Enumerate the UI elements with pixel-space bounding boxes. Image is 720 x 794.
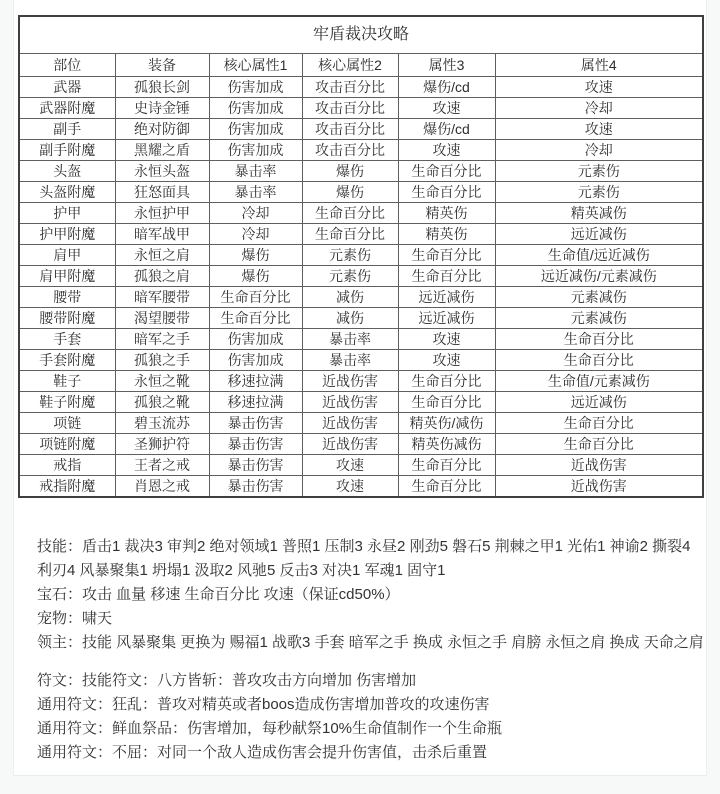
table-cell: 攻速 xyxy=(398,350,495,371)
table-row: 护甲附魔暗军战甲冷却生命百分比精英伤远近减伤 xyxy=(19,224,703,245)
table-header-row: 部位装备核心属性1核心属性2属性3属性4 xyxy=(19,54,703,77)
table-cell: 生命百分比 xyxy=(398,476,495,498)
table-cell: 攻速 xyxy=(495,119,703,140)
table-cell: 精英减伤 xyxy=(495,203,703,224)
note-line: 技能：盾击1 裁决3 审判2 绝对领域1 普照1 压制3 永昼2 刚劲5 磐石5… xyxy=(37,535,706,559)
table-cell: 永恒之靴 xyxy=(115,371,209,392)
table-cell: 爆伤 xyxy=(209,266,302,287)
table-cell: 生命百分比 xyxy=(398,455,495,476)
note-line: 宝石：攻击 血量 移速 生命百分比 攻速（保证cd50%） xyxy=(37,583,706,607)
table-row: 副手附魔黑耀之盾伤害加成攻击百分比攻速冷却 xyxy=(19,140,703,161)
table-row: 鞋子附魔孤狼之靴移速拉满近战伤害生命百分比远近减伤 xyxy=(19,392,703,413)
table-cell: 攻速 xyxy=(398,98,495,119)
note-line: 通用符文：狂乱：普攻对精英或者boos造成伤害增加普攻的攻速伤害 xyxy=(37,693,706,717)
column-header: 核心属性2 xyxy=(302,54,398,77)
table-cell: 生命百分比 xyxy=(302,203,398,224)
note-line: 利刃4 风暴聚集1 坍塌1 汲取2 风驰5 反击3 对决1 军魂1 固守1 xyxy=(37,559,706,583)
table-cell: 生命百分比 xyxy=(209,287,302,308)
table-row: 戒指王者之戒暴击伤害攻速生命百分比近战伤害 xyxy=(19,455,703,476)
table-cell: 护甲 xyxy=(19,203,115,224)
note-line: 宠物：啸天 xyxy=(37,607,706,631)
table-cell: 伤害加成 xyxy=(209,77,302,98)
table-cell: 爆伤/cd xyxy=(398,119,495,140)
table-cell: 生命百分比 xyxy=(398,392,495,413)
table-cell: 暗军腰带 xyxy=(115,287,209,308)
table-cell: 近战伤害 xyxy=(302,434,398,455)
table-row: 头盔永恒头盔暴击率爆伤生命百分比元素伤 xyxy=(19,161,703,182)
table-cell: 暴击伤害 xyxy=(209,455,302,476)
table-row: 头盔附魔狂怒面具暴击率爆伤生命百分比元素伤 xyxy=(19,182,703,203)
table-row: 肩甲永恒之肩爆伤元素伤生命百分比生命值/远近减伤 xyxy=(19,245,703,266)
table-cell: 腰带附魔 xyxy=(19,308,115,329)
table-row: 手套附魔孤狼之手伤害加成暴击率攻速生命百分比 xyxy=(19,350,703,371)
table-cell: 爆伤 xyxy=(209,245,302,266)
table-cell: 暴击伤害 xyxy=(209,413,302,434)
table-cell: 狂怒面具 xyxy=(115,182,209,203)
column-header: 部位 xyxy=(19,54,115,77)
table-cell: 暴击率 xyxy=(302,350,398,371)
table-cell: 远近减伤/元素减伤 xyxy=(495,266,703,287)
table-cell: 伤害加成 xyxy=(209,329,302,350)
table-cell: 肖恩之戒 xyxy=(115,476,209,498)
table-row: 腰带暗军腰带生命百分比减伤远近减伤元素减伤 xyxy=(19,287,703,308)
column-header: 装备 xyxy=(115,54,209,77)
note-line: 领主：技能 风暴聚集 更换为 赐福1 战歌3 手套 暗军之手 换成 永恒之手 肩… xyxy=(37,631,706,655)
table-cell: 项链附魔 xyxy=(19,434,115,455)
table-cell: 攻击百分比 xyxy=(302,77,398,98)
table-cell: 攻速 xyxy=(495,77,703,98)
table-cell: 攻击百分比 xyxy=(302,98,398,119)
table-row: 腰带附魔渴望腰带生命百分比减伤远近减伤元素减伤 xyxy=(19,308,703,329)
table-cell: 元素伤 xyxy=(302,245,398,266)
table-row: 护甲永恒护甲冷却生命百分比精英伤精英减伤 xyxy=(19,203,703,224)
table-cell: 减伤 xyxy=(302,308,398,329)
table-row: 戒指附魔肖恩之戒暴击伤害攻速生命百分比近战伤害 xyxy=(19,476,703,498)
table-cell: 生命百分比 xyxy=(209,308,302,329)
table-cell: 孤狼之肩 xyxy=(115,266,209,287)
table-cell: 攻速 xyxy=(398,329,495,350)
table-cell: 生命百分比 xyxy=(495,350,703,371)
table-cell: 肩甲 xyxy=(19,245,115,266)
rune-notes-group: 符文：技能符文：八方皆斩：普攻攻击方向增加 伤害增加通用符文：狂乱：普攻对精英或… xyxy=(37,669,706,765)
table-cell: 生命值/远近减伤 xyxy=(495,245,703,266)
table-cell: 减伤 xyxy=(302,287,398,308)
build-notes-group: 技能：盾击1 裁决3 审判2 绝对领域1 普照1 压制3 永昼2 刚劲5 磐石5… xyxy=(37,535,706,655)
table-cell: 元素伤 xyxy=(302,266,398,287)
page: 牢盾裁决攻略 部位装备核心属性1核心属性2属性3属性4 武器孤狼长剑伤害加成攻击… xyxy=(0,0,720,794)
table-cell: 近战伤害 xyxy=(302,413,398,434)
table-cell: 头盔附魔 xyxy=(19,182,115,203)
table-cell: 元素伤 xyxy=(495,182,703,203)
table-cell: 攻击百分比 xyxy=(302,140,398,161)
table-cell: 精英伤减伤 xyxy=(398,434,495,455)
table-cell: 孤狼长剑 xyxy=(115,77,209,98)
table-cell: 近战伤害 xyxy=(302,371,398,392)
table-cell: 王者之戒 xyxy=(115,455,209,476)
table-cell: 生命百分比 xyxy=(302,224,398,245)
table-cell: 精英伤 xyxy=(398,224,495,245)
table-cell: 史诗金锤 xyxy=(115,98,209,119)
table-cell: 近战伤害 xyxy=(495,455,703,476)
guide-table: 牢盾裁决攻略 部位装备核心属性1核心属性2属性3属性4 武器孤狼长剑伤害加成攻击… xyxy=(18,15,704,498)
table-cell: 元素减伤 xyxy=(495,287,703,308)
table-cell: 碧玉流苏 xyxy=(115,413,209,434)
table-cell: 暴击率 xyxy=(302,329,398,350)
table-cell: 肩甲附魔 xyxy=(19,266,115,287)
table-cell: 移速拉满 xyxy=(209,371,302,392)
table-cell: 攻速 xyxy=(398,140,495,161)
table-row: 武器附魔史诗金锤伤害加成攻击百分比攻速冷却 xyxy=(19,98,703,119)
table-cell: 生命百分比 xyxy=(495,413,703,434)
note-line: 符文：技能符文：八方皆斩：普攻攻击方向增加 伤害增加 xyxy=(37,669,706,693)
table-cell: 头盔 xyxy=(19,161,115,182)
table-cell: 近战伤害 xyxy=(495,476,703,498)
notes-section: 技能：盾击1 裁决3 审判2 绝对领域1 普照1 压制3 永昼2 刚劲5 磐石5… xyxy=(37,535,706,765)
table-cell: 攻击百分比 xyxy=(302,119,398,140)
note-line: 通用符文：鲜血祭品：伤害增加，每秒献祭10%生命值制作一个生命瓶 xyxy=(37,717,706,741)
table-cell: 副手附魔 xyxy=(19,140,115,161)
column-header: 核心属性1 xyxy=(209,54,302,77)
table-cell: 精英伤/减伤 xyxy=(398,413,495,434)
table-cell: 手套 xyxy=(19,329,115,350)
table-cell: 生命百分比 xyxy=(495,329,703,350)
table-cell: 爆伤 xyxy=(302,161,398,182)
table-row: 鞋子永恒之靴移速拉满近战伤害生命百分比生命值/元素减伤 xyxy=(19,371,703,392)
table-cell: 远近减伤 xyxy=(495,224,703,245)
table-cell: 护甲附魔 xyxy=(19,224,115,245)
table-cell: 武器附魔 xyxy=(19,98,115,119)
table-cell: 暴击率 xyxy=(209,161,302,182)
table-cell: 冷却 xyxy=(495,140,703,161)
table-cell: 精英伤 xyxy=(398,203,495,224)
table-cell: 暗军战甲 xyxy=(115,224,209,245)
table-cell: 冷却 xyxy=(209,203,302,224)
table-cell: 伤害加成 xyxy=(209,98,302,119)
table-cell: 鞋子 xyxy=(19,371,115,392)
table-cell: 生命百分比 xyxy=(398,182,495,203)
table-cell: 暴击率 xyxy=(209,182,302,203)
table-cell: 手套附魔 xyxy=(19,350,115,371)
table-cell: 武器 xyxy=(19,77,115,98)
table-row: 肩甲附魔孤狼之肩爆伤元素伤生命百分比远近减伤/元素减伤 xyxy=(19,266,703,287)
table-cell: 永恒护甲 xyxy=(115,203,209,224)
table-row: 手套暗军之手伤害加成暴击率攻速生命百分比 xyxy=(19,329,703,350)
table-cell: 项链 xyxy=(19,413,115,434)
table-cell: 腰带 xyxy=(19,287,115,308)
table-cell: 元素伤 xyxy=(495,161,703,182)
table-cell: 冷却 xyxy=(495,98,703,119)
table-cell: 暴击伤害 xyxy=(209,476,302,498)
table-cell: 鞋子附魔 xyxy=(19,392,115,413)
table-cell: 攻速 xyxy=(302,455,398,476)
table-cell: 副手 xyxy=(19,119,115,140)
table-cell: 攻速 xyxy=(302,476,398,498)
table-row: 武器孤狼长剑伤害加成攻击百分比爆伤/cd攻速 xyxy=(19,77,703,98)
table-cell: 暗军之手 xyxy=(115,329,209,350)
table-cell: 生命百分比 xyxy=(398,266,495,287)
table-cell: 黑耀之盾 xyxy=(115,140,209,161)
table-cell: 生命百分比 xyxy=(398,161,495,182)
table-cell: 生命百分比 xyxy=(495,434,703,455)
table-cell: 伤害加成 xyxy=(209,119,302,140)
table-cell: 孤狼之靴 xyxy=(115,392,209,413)
table-row: 项链附魔圣狮护符暴击伤害近战伤害精英伤减伤生命百分比 xyxy=(19,434,703,455)
table-cell: 孤狼之手 xyxy=(115,350,209,371)
column-header: 属性3 xyxy=(398,54,495,77)
table-cell: 远近减伤 xyxy=(398,308,495,329)
table-cell: 远近减伤 xyxy=(495,392,703,413)
table-cell: 绝对防御 xyxy=(115,119,209,140)
table-cell: 永恒头盔 xyxy=(115,161,209,182)
table-row: 项链碧玉流苏暴击伤害近战伤害精英伤/减伤生命百分比 xyxy=(19,413,703,434)
table-title: 牢盾裁决攻略 xyxy=(19,16,703,54)
table-cell: 移速拉满 xyxy=(209,392,302,413)
table-cell: 永恒之肩 xyxy=(115,245,209,266)
table-row: 副手绝对防御伤害加成攻击百分比爆伤/cd攻速 xyxy=(19,119,703,140)
table-cell: 圣狮护符 xyxy=(115,434,209,455)
table-cell: 元素减伤 xyxy=(495,308,703,329)
table-cell: 暴击伤害 xyxy=(209,434,302,455)
table-cell: 冷却 xyxy=(209,224,302,245)
table-cell: 伤害加成 xyxy=(209,140,302,161)
note-line: 通用符文：不屈：对同一个敌人造成伤害会提升伤害值，击杀后重置 xyxy=(37,741,706,765)
table-cell: 伤害加成 xyxy=(209,350,302,371)
table-cell: 戒指 xyxy=(19,455,115,476)
table-cell: 爆伤 xyxy=(302,182,398,203)
table-cell: 渴望腰带 xyxy=(115,308,209,329)
table-title-row: 牢盾裁决攻略 xyxy=(19,16,703,54)
table-cell: 生命百分比 xyxy=(398,245,495,266)
table-cell: 爆伤/cd xyxy=(398,77,495,98)
table-cell: 戒指附魔 xyxy=(19,476,115,498)
table-cell: 生命百分比 xyxy=(398,371,495,392)
table-cell: 近战伤害 xyxy=(302,392,398,413)
table-cell: 生命值/元素减伤 xyxy=(495,371,703,392)
column-header: 属性4 xyxy=(495,54,703,77)
table-cell: 远近减伤 xyxy=(398,287,495,308)
content-card: 牢盾裁决攻略 部位装备核心属性1核心属性2属性3属性4 武器孤狼长剑伤害加成攻击… xyxy=(13,0,707,776)
